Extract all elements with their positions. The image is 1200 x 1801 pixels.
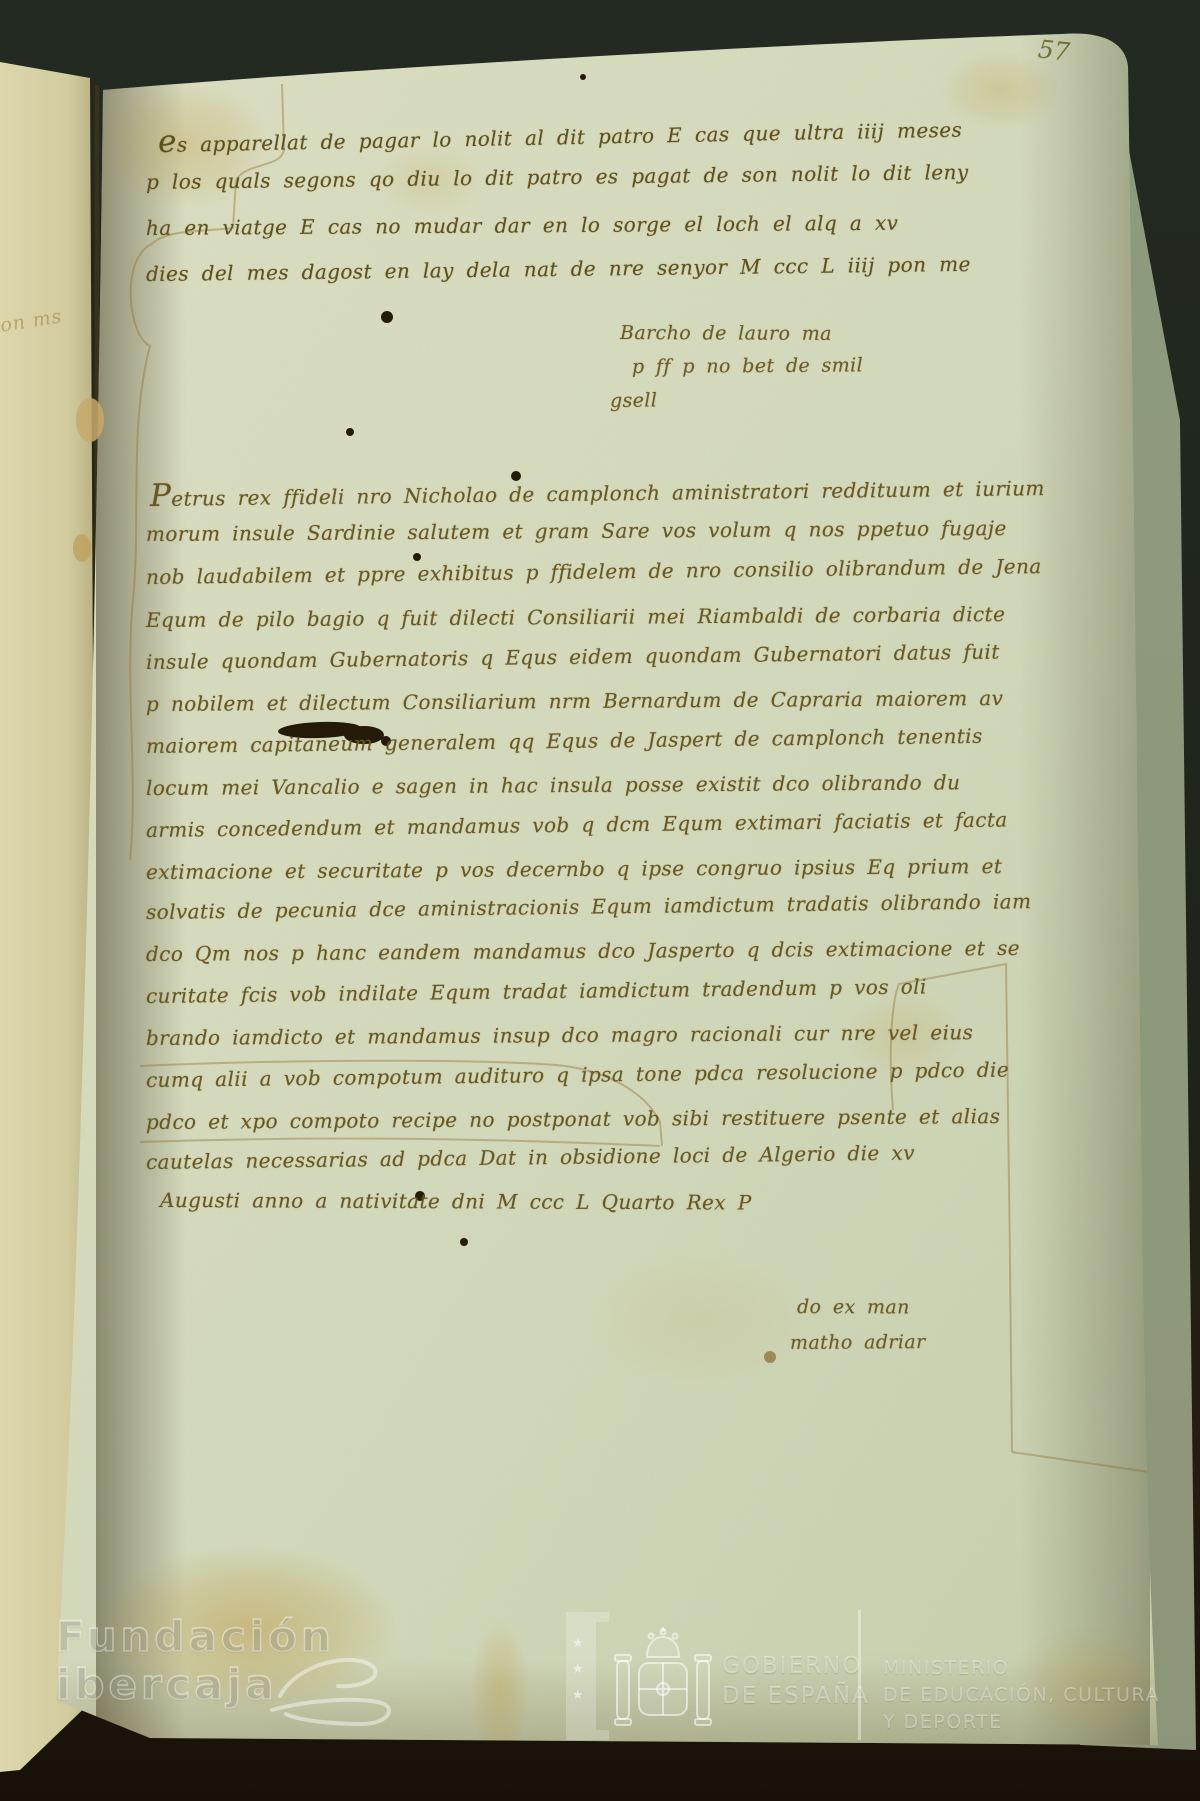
binding-thread [73, 534, 91, 562]
signature-line: matho adriar [790, 1331, 926, 1354]
signature-line: p ff p no bet de smil [632, 354, 863, 378]
gobierno-watermark-line1: GOBIERNO [722, 1652, 862, 1681]
watermark-divider [858, 1610, 861, 1740]
stain [470, 1620, 530, 1760]
signature-line: gsell [610, 389, 658, 412]
right-edge-shadow [1020, 30, 1150, 1760]
star-icon: ★ [572, 1636, 584, 1651]
stain-spot [764, 1351, 776, 1363]
folio-number: 57 [1037, 34, 1072, 66]
ibercaja-swirl-icon [268, 1648, 398, 1733]
star-icon: ★ [572, 1662, 584, 1677]
binding-thread [76, 398, 104, 442]
gobierno-watermark-line2: DE ESPAÑA [722, 1682, 870, 1711]
signature-line: Barcho de lauro ma [620, 322, 832, 345]
signature-line: do ex man [797, 1296, 910, 1318]
manuscript-line: Augusti anno a nativitate dni M ccc L Qu… [160, 1188, 752, 1215]
manuscript-photo: 57 on ms es apparellat de pagar lo nolit… [0, 0, 1200, 1801]
spain-coat-of-arms-icon [613, 1625, 713, 1733]
ibercaja-watermark-line2: ibercaja [56, 1660, 278, 1709]
stain [590, 1250, 810, 1390]
ministerio-watermark-line1: MINISTERIO [883, 1655, 1009, 1682]
ministerio-watermark-line3: Y DEPORTE [883, 1709, 1003, 1736]
star-icon: ★ [572, 1688, 584, 1703]
ministerio-watermark-line2: DE EDUCACIÓN, CULTURA [883, 1682, 1160, 1709]
stain [1010, 1625, 1170, 1735]
